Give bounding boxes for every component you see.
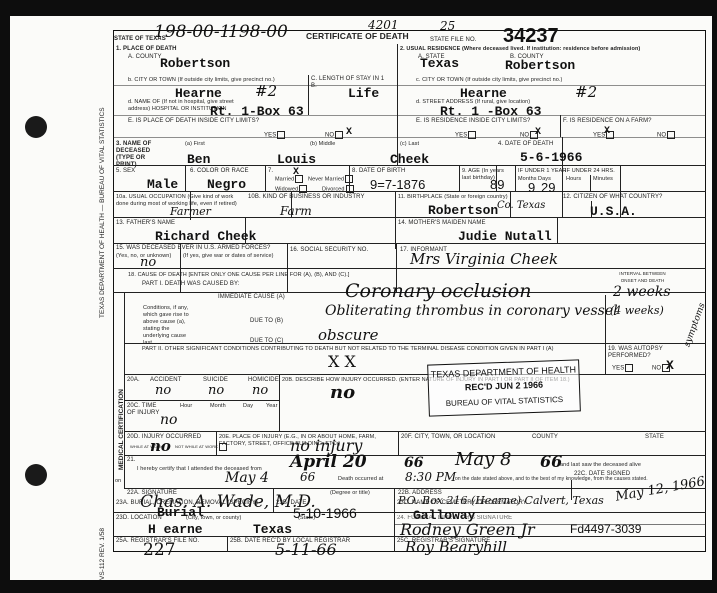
informant-value: Mrs Virginia Cheek xyxy=(410,250,558,268)
race-value: Negro xyxy=(207,177,246,192)
residence-city-limits-label: e. IS RESIDENCE INSIDE CITY LIMITS? xyxy=(416,118,530,125)
autopsy-yes[interactable]: YES xyxy=(612,364,633,373)
middle-name-value: Louis xyxy=(277,152,316,167)
registrar-signature: Roy Bearyhill xyxy=(405,538,507,556)
residence-label: 2. USUAL RESIDENCE (Where deceased lived… xyxy=(400,46,640,53)
race-label: 6. COLOR OR RACE xyxy=(190,168,249,175)
degree-label: (Degree or title) xyxy=(330,490,370,497)
birthplace-hand: Co. Texas xyxy=(497,200,545,211)
interval-b-value: (4 weeks) xyxy=(610,304,664,317)
attended-to-value: May 8 xyxy=(455,449,512,470)
death-occurred-text: Death occurred at xyxy=(338,476,383,483)
first-name-value: Ben xyxy=(187,152,210,167)
residence-state-value: Texas xyxy=(420,56,459,71)
hour-label: Hour xyxy=(180,403,192,410)
year-label: Year xyxy=(266,403,278,410)
part2-marks: X X xyxy=(328,352,356,371)
hospital-value: Rt. 1-Box 63 xyxy=(210,104,304,119)
death-city-label: b. CITY OR TOWN (If outside city limits,… xyxy=(128,77,275,84)
location-state-sub: (State) xyxy=(298,515,315,522)
last-saw-text: and last saw the deceased alive xyxy=(560,462,641,469)
mother-value: Judie Nutall xyxy=(458,229,552,244)
age-years-value: 89 xyxy=(490,177,504,192)
death-city-limits-mark: X xyxy=(346,127,352,138)
business-label: 10b. KIND OF BUSINESS OR INDUSTRY xyxy=(248,194,365,201)
funeral-director-number: Fd4497-3039 xyxy=(570,522,641,536)
death-city-limits-yes[interactable]: YES xyxy=(264,131,285,140)
citizen-value: U.S.A. xyxy=(590,204,637,219)
date-of-death-label: 4. DATE OF DEATH xyxy=(498,141,553,148)
time-of-injury-value: no xyxy=(160,412,177,428)
residence-street-value: Rt. 1 -Box 63 xyxy=(440,104,541,119)
middle-name-label: (b) Middle xyxy=(310,141,335,148)
last-name-value: Cheek xyxy=(390,152,429,167)
age-label: 9. AGE (In years last birthday) xyxy=(462,168,514,182)
sex-label: 5. SEX xyxy=(116,168,135,175)
last-saw-year: 66 xyxy=(300,470,315,484)
date-of-birth-label: 8. DATE OF BIRTH xyxy=(352,168,405,175)
homicide-value: no xyxy=(252,383,268,398)
birthplace-label: 11. BIRTHPLACE (State or foreign country… xyxy=(398,194,508,201)
father-value: Richard Cheek xyxy=(155,229,256,244)
stamp-line-2: REC'D JUN 2 1966 xyxy=(429,378,579,393)
death-time-value: 8:30 PM xyxy=(405,470,456,484)
hours-label: Hours xyxy=(566,176,581,183)
armed-forces-sub2: (If yes, give war or dates of service) xyxy=(183,253,274,260)
death-precinct-value: #2 xyxy=(255,82,277,100)
place-of-death-label: 1. PLACE OF DEATH xyxy=(116,46,177,53)
date-of-death-value: 5-6-1966 xyxy=(520,150,582,165)
received-stamp: TEXAS DEPARTMENT OF HEALTH REC'D JUN 2 1… xyxy=(427,359,581,416)
cause-of-death-label: 18. CAUSE OF DEATH [Enter only one cause… xyxy=(128,272,350,279)
burial-location-label: 23d. LOCATION xyxy=(116,515,162,522)
name-of-deceased-label: 3. NAME OF DECEASED (Type or print) xyxy=(116,141,166,169)
injury-state-label: STATE xyxy=(645,434,664,441)
ssn-label: 16. SOCIAL SECURITY NO. xyxy=(290,247,368,254)
date-of-birth-value: 9=7-1876 xyxy=(370,177,425,192)
form-number-side-text: VS-112 REV. 1/58 xyxy=(99,528,106,580)
department-side-text: TEXAS DEPARTMENT OF HEALTH — BUREAU OF V… xyxy=(99,107,106,318)
punch-hole-bottom xyxy=(25,464,47,486)
residence-farm-label: f. IS RESIDENCE ON A FARM? xyxy=(563,118,652,125)
day-label: Day xyxy=(243,403,253,410)
immediate-cause-value: Coronary occlusion xyxy=(345,280,531,302)
married-option[interactable]: Married xyxy=(275,175,303,183)
death-county-value: Robertson xyxy=(160,56,230,71)
armed-forces-label: 15. WAS DECEASED EVER IN U.S. ARMED FORC… xyxy=(116,245,270,252)
time-of-injury-label: 20c. TIME OF INJURY xyxy=(127,403,162,417)
burial-location-state: Texas xyxy=(253,522,292,537)
attended-to-year: 66 xyxy=(540,452,562,471)
residence-precinct-value: #2 xyxy=(575,83,597,101)
residence-farm-mark: X xyxy=(604,126,610,137)
stamp-line-3: BUREAU OF VITAL STATISTICS xyxy=(429,394,579,408)
stamp-line-1: TEXAS DEPARTMENT OF HEALTH xyxy=(428,364,578,379)
never-married-option[interactable]: Never Married xyxy=(308,175,353,183)
age-months-value: 9 xyxy=(528,180,535,195)
injury-how-value: no xyxy=(330,382,355,403)
residence-city-limits-yes[interactable]: YES xyxy=(455,131,476,140)
part1-label: PART I. DEATH WAS CAUSED BY: xyxy=(142,281,240,288)
occupation-value: Farmer xyxy=(170,205,211,218)
minutes-label: Minutes xyxy=(593,176,613,183)
due-to-c-value: obscure xyxy=(318,326,378,344)
21-label: 21. xyxy=(127,457,136,464)
widowed-option[interactable]: Widowed xyxy=(275,185,307,193)
cemetery-label: 23c. NAME OF CEMETERY OR CREMATORY xyxy=(397,500,527,507)
burial-location-city: H earne xyxy=(148,522,203,537)
business-value: Farm xyxy=(280,204,312,218)
location-city-sub: (City, town, or county) xyxy=(186,515,241,522)
mother-label: 14. MOTHER'S MAIDEN NAME xyxy=(398,220,486,227)
punch-hole-top xyxy=(25,116,47,138)
injury-city-label: 20f. CITY, TOWN, OR LOCATION xyxy=(401,434,495,441)
married-mark: X xyxy=(293,167,299,178)
interval-label: INTERVAL BETWEEN ONSET AND DEATH xyxy=(615,270,670,284)
armed-forces-value: no xyxy=(140,255,156,270)
sex-value: Male xyxy=(147,177,178,192)
last-saw-date: May 4 xyxy=(225,470,269,486)
citizen-label: 12. CITIZEN OF WHAT COUNTRY? xyxy=(563,194,662,201)
death-county-label: a. COUNTY xyxy=(128,54,162,61)
under-year-label: IF UNDER 1 YEAR xyxy=(518,168,566,175)
autopsy-mark: X xyxy=(666,358,674,373)
conditions-label: Conditions, if any, which gave rise to a… xyxy=(143,305,195,347)
attended-from-value: April 20 xyxy=(290,452,367,472)
last-name-label: (c) Last xyxy=(400,141,419,148)
registrar-date-value: 5-11-66 xyxy=(275,540,337,559)
divorced-option[interactable]: Divorced xyxy=(322,185,354,193)
death-city-limits-label: e. IS PLACE OF DEATH INSIDE CITY LIMITS? xyxy=(128,118,259,125)
father-label: 13. FATHER'S NAME xyxy=(116,220,175,227)
attended-from-year: 66 xyxy=(404,455,423,471)
20a-label: 20a. xyxy=(127,377,140,384)
residence-farm-no[interactable]: NO xyxy=(657,131,675,140)
due-to-b-label: DUE TO (b) xyxy=(250,318,283,325)
interval-a-value: 2 weeks xyxy=(613,284,671,300)
injury-county-label: COUNTY xyxy=(532,434,558,441)
funeral-director-signature: Rodney Green Jr xyxy=(400,520,535,539)
residence-city-limits-mark: X xyxy=(535,127,541,138)
death-city-limits-no[interactable]: NO xyxy=(325,131,343,140)
on-label: on xyxy=(115,478,121,485)
immediate-cause-label: IMMEDIATE CAUSE (a) xyxy=(218,294,285,301)
marital-label: 7. xyxy=(268,168,273,175)
injury-occurred-value: no xyxy=(150,437,171,455)
length-of-stay-value: Life xyxy=(348,86,379,101)
registrar-file-value: 227 xyxy=(143,540,175,560)
accident-value: no xyxy=(155,383,171,398)
due-to-b-value: Obliterating thrombus in coronary vessel xyxy=(325,303,618,319)
birthplace-value: Robertson xyxy=(428,203,498,218)
suicide-value: no xyxy=(208,383,224,398)
residence-city-label: c. CITY OR TOWN (If outside city limits,… xyxy=(416,77,563,84)
first-name-label: (a) First xyxy=(185,141,205,148)
month-label: Month xyxy=(210,403,226,410)
residence-county-value: Robertson xyxy=(505,58,575,73)
age-days-value: 29 xyxy=(541,180,555,195)
under-24-label: IF UNDER 24 HRS. xyxy=(565,168,615,175)
date-signed-label: 22c. DATE SIGNED xyxy=(574,471,630,478)
due-to-c-label: DUE TO (c) xyxy=(250,338,283,345)
